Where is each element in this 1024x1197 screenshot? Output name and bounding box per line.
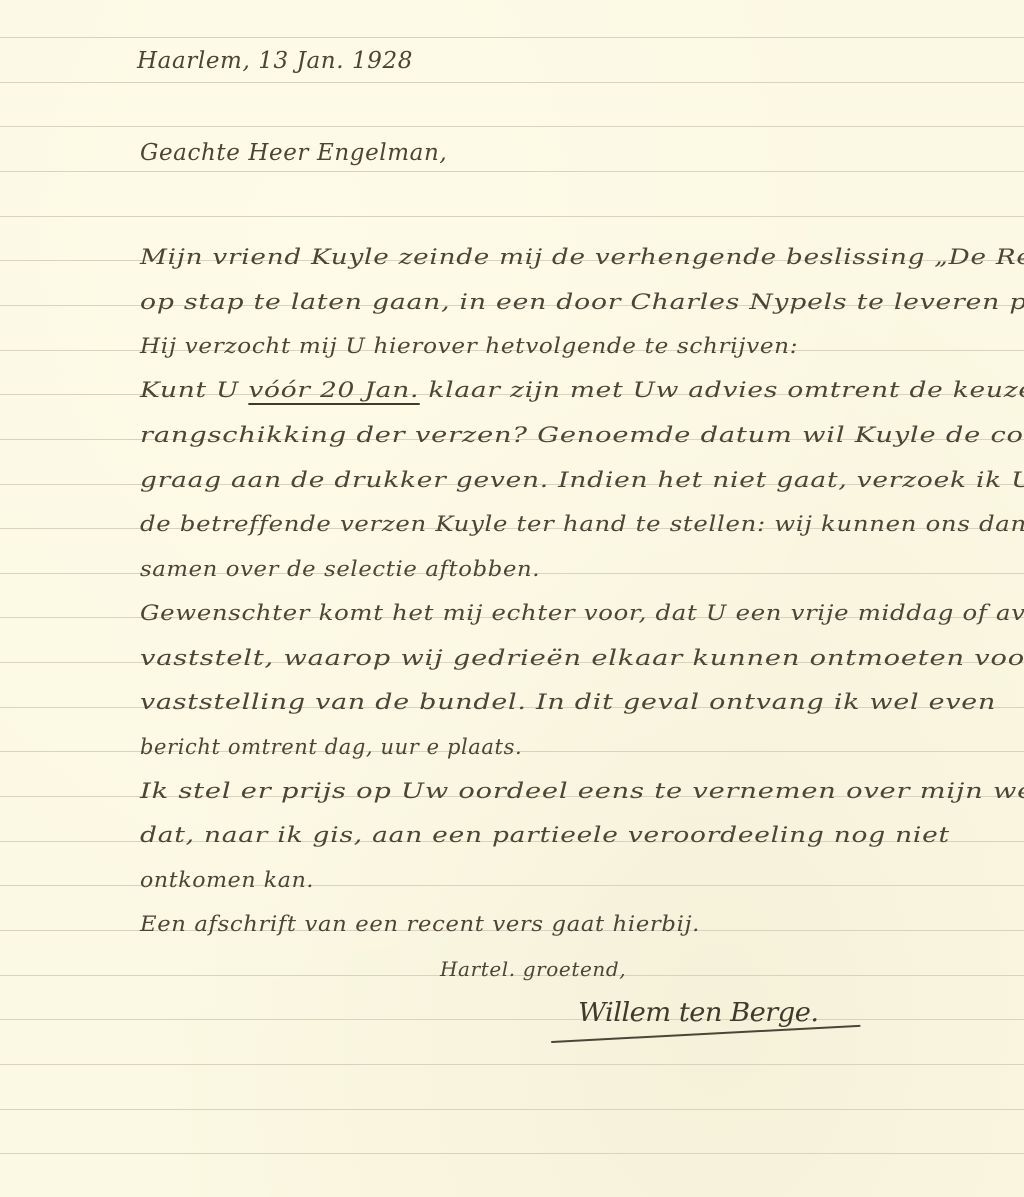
- underline-before: Kunt U: [140, 378, 248, 402]
- underlined-deadline: vóór 20 Jan.: [248, 378, 419, 405]
- underline-after: klaar zijn met Uw advies omtrent de keuz…: [419, 378, 1024, 402]
- ruled-line: [0, 37, 1024, 38]
- ruled-line: [0, 82, 1024, 83]
- body-line: ontkomen kan.: [140, 868, 314, 892]
- body-line: Mijn vriend Kuyle zeinde mij de verhenge…: [140, 245, 1024, 269]
- signature: Willem ten Berge.: [578, 998, 819, 1028]
- body-line: de betreffende verzen Kuyle ter hand te …: [140, 512, 1024, 536]
- ruled-line: [0, 1109, 1024, 1110]
- body-line: Hij verzocht mij U hierover hetvolgende …: [140, 334, 798, 358]
- ruled-line: [0, 1064, 1024, 1065]
- ruled-line: [0, 126, 1024, 127]
- body-line: samen over de selectie aftobben.: [140, 557, 540, 581]
- body-line: op stap te laten gaan, in een door Charl…: [140, 290, 1024, 314]
- body-line: Een afschrift van een recent vers gaat h…: [140, 912, 700, 936]
- ruled-line: [0, 1019, 1024, 1020]
- body-line: vaststelt, waarop wij gedrieën elkaar ku…: [140, 646, 1024, 670]
- ruled-line: [0, 1153, 1024, 1154]
- body-line: vaststelling van de bundel. In dit geval…: [140, 690, 996, 714]
- letter-page: Haarlem, 13 Jan. 1928 Geachte Heer Engel…: [0, 0, 1024, 1197]
- body-line: bericht omtrent dag, uur e plaats.: [140, 735, 522, 759]
- body-line: rangschikking der verzen? Genoemde datum…: [140, 423, 1024, 447]
- salutation: Geachte Heer Engelman,: [140, 140, 447, 166]
- closing: Hartel. groetend,: [440, 957, 626, 981]
- body-line: Ik stel er prijs op Uw oordeel eens te v…: [140, 779, 1024, 803]
- ruled-line: [0, 171, 1024, 172]
- body-line: Gewenschter komt het mij echter voor, da…: [140, 601, 1024, 625]
- body-line: dat, naar ik gis, aan een partieele vero…: [140, 823, 950, 847]
- body-line: graag aan de drukker geven. Indien het n…: [140, 468, 1024, 492]
- body-line-underlined: Kunt U vóór 20 Jan. klaar zijn met Uw ad…: [140, 378, 1024, 402]
- dateline: Haarlem, 13 Jan. 1928: [137, 48, 413, 74]
- ruled-line: [0, 216, 1024, 217]
